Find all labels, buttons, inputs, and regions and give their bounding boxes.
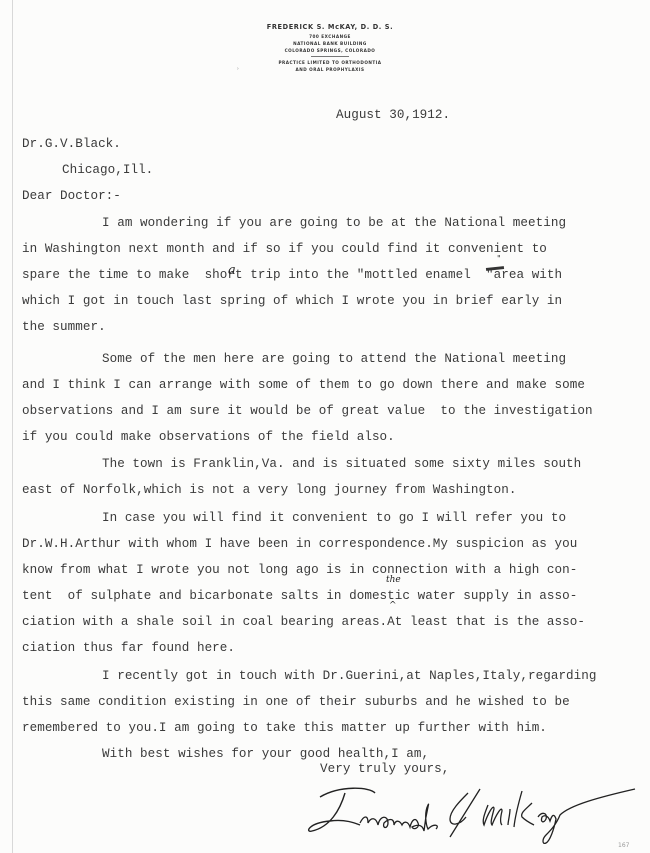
body-line: east of Norfolk,which is not a very long… (22, 483, 517, 497)
recipient-city: Chicago,Ill. (62, 163, 153, 177)
body-line: tent of sulphate and bicarbonate salts i… (22, 589, 577, 603)
handwritten-caret: ^ (389, 601, 397, 611)
body-line: Dr.W.H.Arthur with whom I have been in c… (22, 537, 577, 551)
letter-page: FREDERICK S. McKAY, D. D. S. 700 EXCHANG… (0, 0, 650, 853)
closing: Very truly yours, (320, 762, 449, 776)
body-line: in Washington next month and if so if yo… (22, 242, 547, 256)
body-line: the summer. (22, 320, 106, 334)
letter-date: August 30,1912. (336, 108, 450, 122)
body-line: know from what I wrote you not long ago … (22, 563, 577, 577)
body-line: which I got in touch last spring of whic… (22, 294, 562, 308)
handwritten-quote-mark: " (497, 254, 501, 263)
stray-mark: ʾ (237, 67, 239, 75)
letterhead: FREDERICK S. McKAY, D. D. S. 700 EXCHANG… (240, 24, 420, 76)
body-line: remembered to you.I am going to take thi… (22, 721, 547, 735)
letterhead-practice-1: PRACTICE LIMITED TO ORTHODONTIA (240, 61, 420, 65)
body-line: observations and I am sure it would be o… (22, 404, 593, 418)
letterhead-name: FREDERICK S. McKAY, D. D. S. (240, 24, 420, 31)
body-line: Some of the men here are going to attend… (102, 352, 566, 366)
page-number: 167 (618, 842, 629, 849)
body-line: In case you will find it convenient to g… (102, 511, 566, 525)
recipient-name: Dr.G.V.Black. (22, 137, 121, 151)
body-line: this same condition existing in one of t… (22, 695, 570, 709)
handwritten-insert-a: a (228, 263, 236, 278)
body-line: I am wondering if you are going to be at… (102, 216, 566, 230)
handwritten-insert-the: the (386, 575, 401, 585)
body-line: and I think I can arrange with some of t… (22, 378, 585, 392)
salutation: Dear Doctor:- (22, 189, 121, 203)
letterhead-address-3: COLORADO SPRINGS, COLORADO (240, 49, 420, 53)
letterhead-address-1: 700 EXCHANGE (240, 35, 420, 39)
signature: Frederick S. McKay (300, 775, 640, 845)
letterhead-address-2: NATIONAL BANK BUILDING (240, 42, 420, 46)
body-line: The town is Franklin,Va. and is situated… (102, 457, 581, 471)
letterhead-rule (311, 56, 349, 57)
letterhead-practice-2: AND ORAL PROPHYLAXIS (240, 68, 420, 72)
body-line: spare the time to make short trip into t… (22, 268, 562, 282)
body-line: ciation with a shale soil in coal bearin… (22, 615, 585, 629)
margin-line (12, 0, 13, 853)
body-line: if you could make observations of the fi… (22, 430, 395, 444)
body-line: I recently got in touch with Dr.Guerini,… (102, 669, 597, 683)
body-line: ciation thus far found here. (22, 641, 235, 655)
body-line: With best wishes for your good health,I … (102, 747, 429, 761)
